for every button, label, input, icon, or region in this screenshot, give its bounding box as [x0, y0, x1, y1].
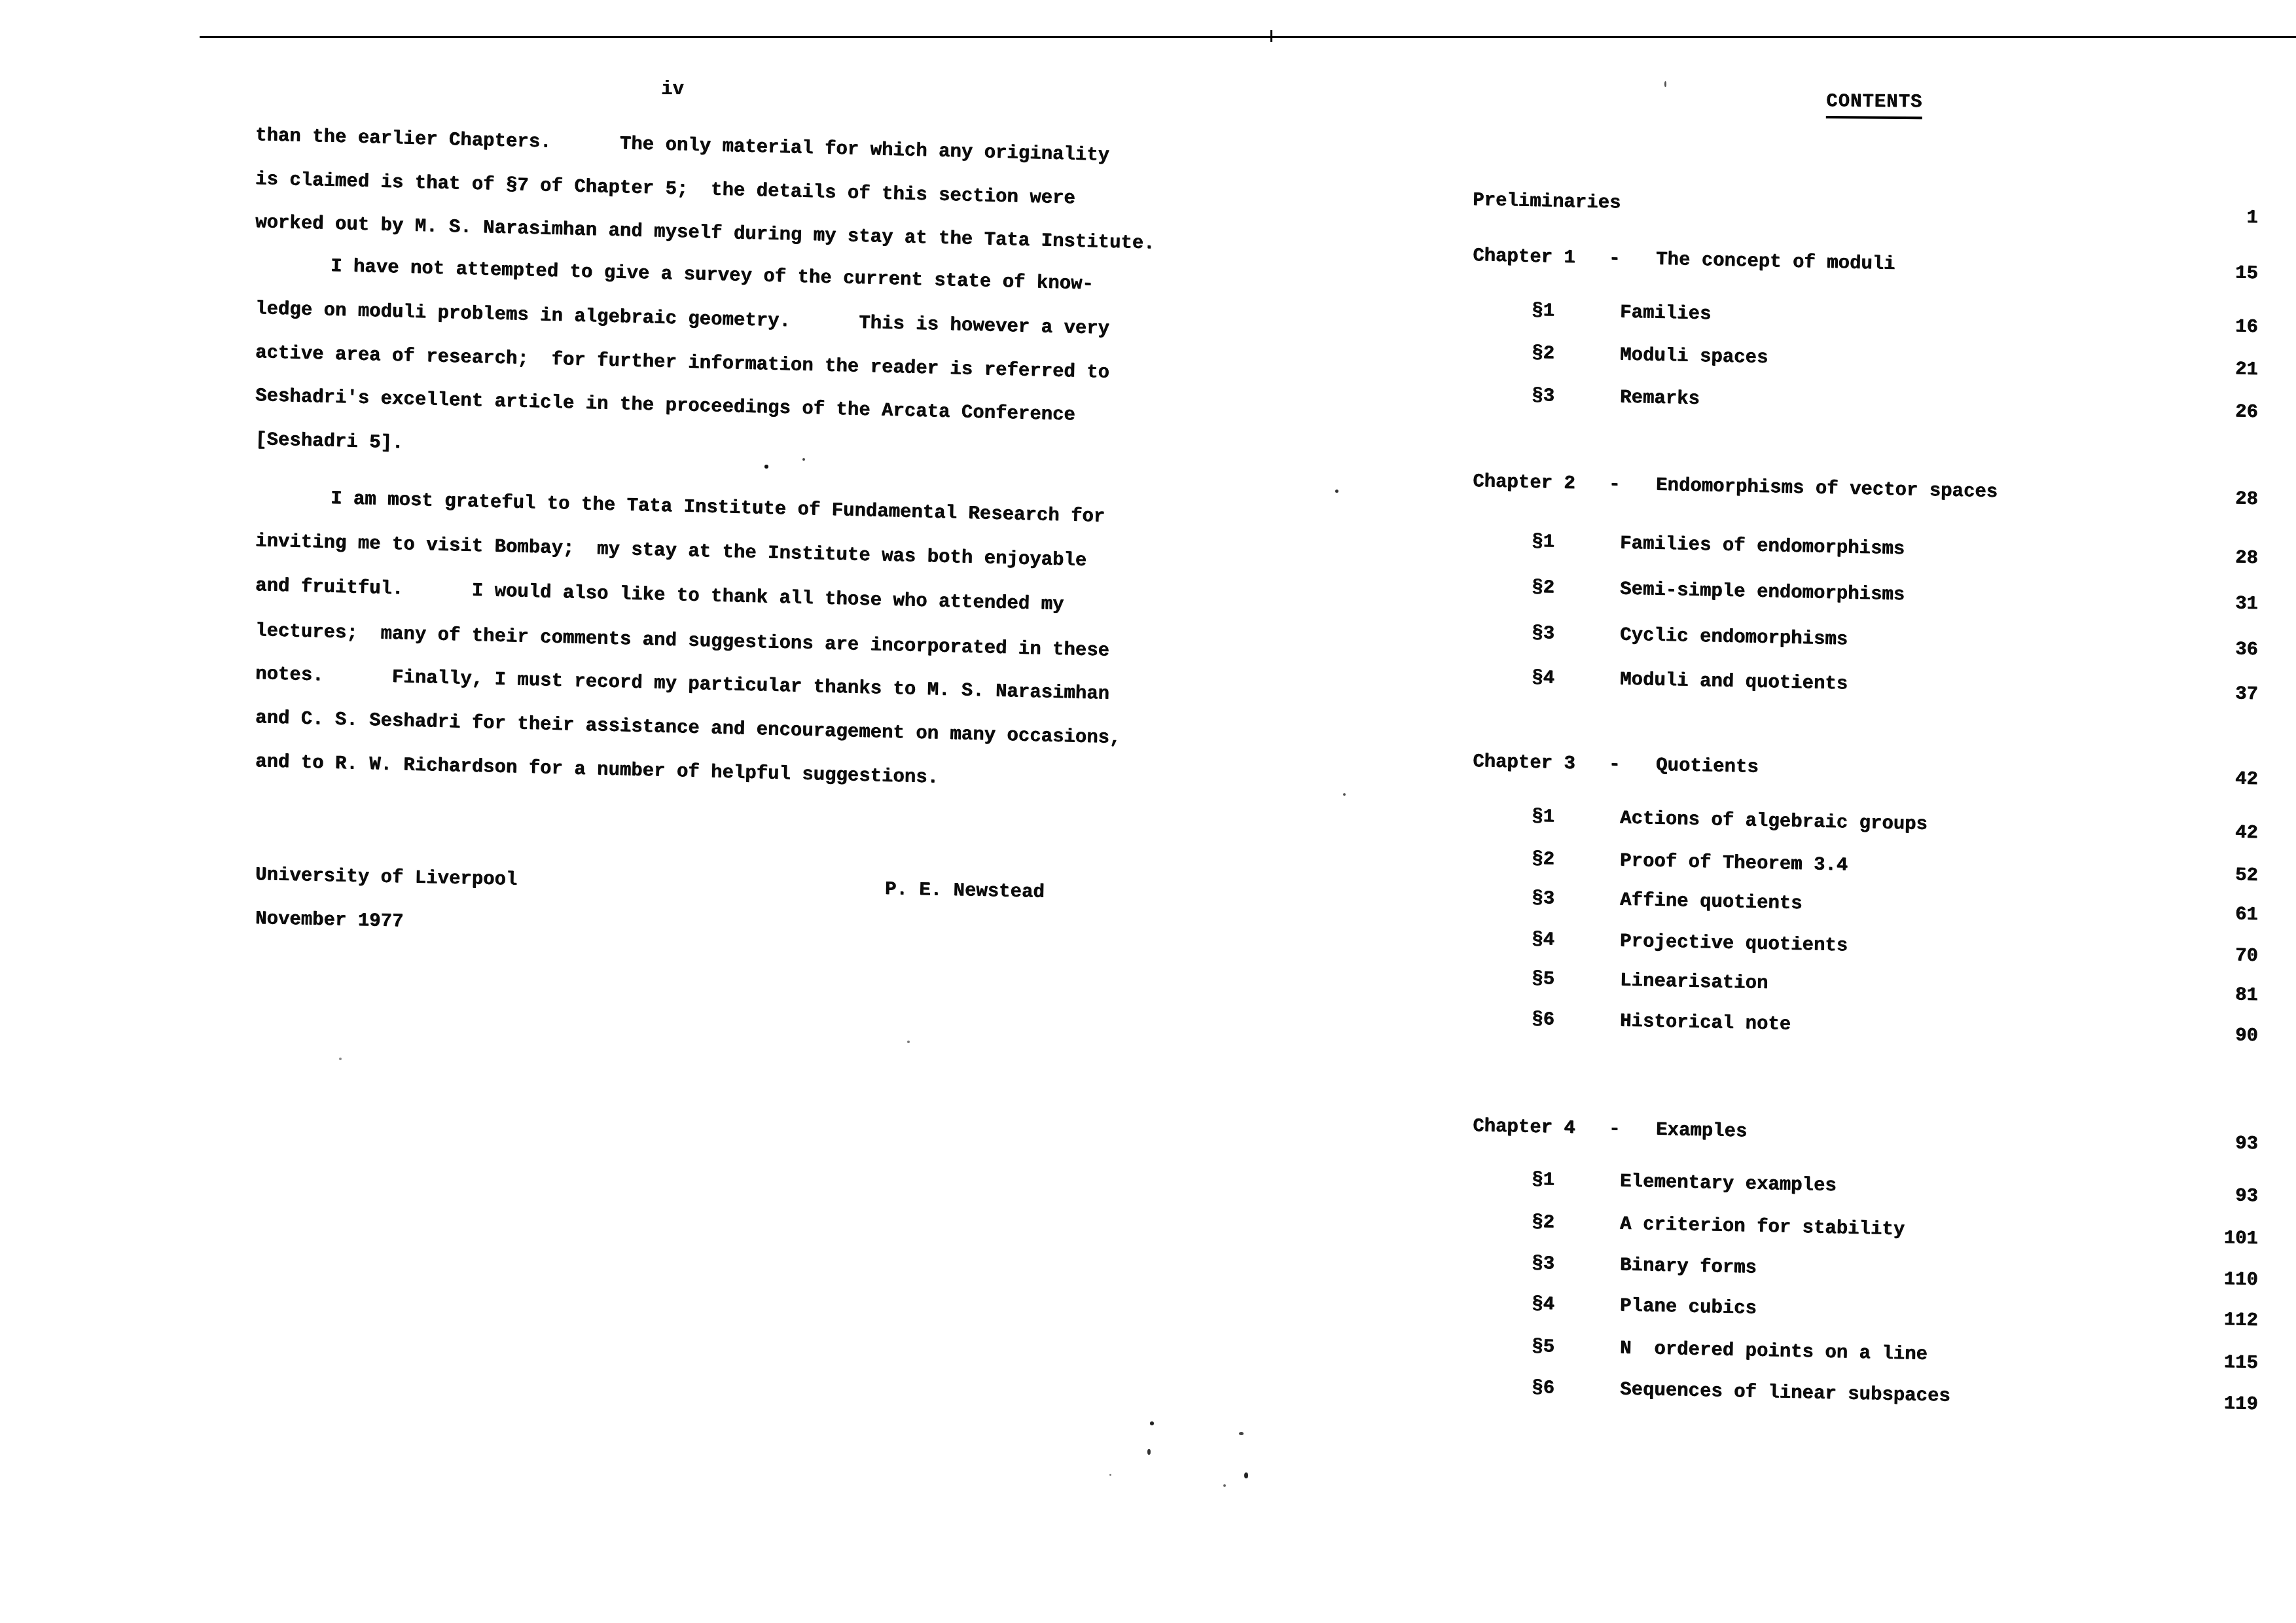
preface-line: active area of research; for further inf… [255, 342, 1110, 383]
toc-entry-label: §3 [1532, 887, 1554, 910]
ink-speck [907, 1041, 910, 1043]
toc-page-number: 52 [2179, 863, 2258, 886]
toc-row-section: §2 A criterion for stability 101 [1440, 1209, 2296, 1253]
toc-page-number: 1 [2179, 205, 2258, 228]
toc-row-section: §5 Linearisation 81 [1440, 966, 2296, 1009]
toc-entry-dash: - [1609, 247, 1621, 269]
toc-page-number: 21 [2179, 357, 2258, 380]
toc-row-chapter-2: Chapter 2 - Endomorphisms of vector spac… [1440, 470, 2296, 513]
toc-entry-title: Proof of Theorem 3.4 [1620, 850, 1848, 876]
toc-page-number: 101 [2179, 1226, 2258, 1249]
toc-row-section: §1 Families of endomorphisms 28 [1440, 529, 2296, 572]
ink-speck [1147, 1449, 1151, 1455]
toc-page-number: 28 [2179, 546, 2258, 569]
toc-page-number: 112 [2179, 1308, 2258, 1331]
toc-entry-label: Chapter 3 [1473, 751, 1575, 774]
preface-line: I have not attempted to give a survey of… [331, 255, 1094, 294]
toc-entry-title: Remarks [1620, 387, 1700, 410]
toc-row-section: §5 N ordered points on a line 115 [1440, 1334, 2296, 1377]
toc-page-number: 115 [2179, 1351, 2258, 1374]
toc-entry-label: §1 [1532, 300, 1554, 322]
ink-speck [802, 458, 805, 461]
toc-entry-label: §6 [1532, 1008, 1554, 1031]
toc-page-number: 81 [2179, 983, 2258, 1006]
toc-page-number: 36 [2179, 637, 2258, 660]
toc-page-number: 110 [2179, 1268, 2258, 1291]
toc-entry-dash: - [1609, 753, 1621, 775]
toc-entry-label: §1 [1532, 1169, 1554, 1191]
toc-entry-title: Elementary examples [1620, 1171, 1837, 1197]
toc-entry-label: §1 [1532, 531, 1554, 553]
contents-title: CONTENTS [1826, 90, 1923, 119]
toc-page-number: 42 [2179, 821, 2258, 844]
toc-entry-title: Sequences of linear subspaces [1620, 1379, 1950, 1407]
toc-entry-label: §4 [1532, 929, 1554, 951]
toc-page-number: 37 [2179, 682, 2258, 705]
toc-page-number: 15 [2179, 261, 2258, 284]
preface-line: inviting me to visit Bombay; my stay at … [255, 530, 1087, 571]
toc-entry-title: Examples [1656, 1119, 1748, 1143]
toc-entry-title: A criterion for stability [1620, 1213, 1905, 1241]
toc-page-number: 42 [2179, 767, 2258, 790]
toc-entry-title: Linearisation [1620, 970, 1768, 995]
toc-entry-title: Moduli and quotients [1620, 669, 1848, 695]
toc-entry-title: Families of endomorphisms [1620, 533, 1905, 560]
toc-row-section: §2 Moduli spaces 21 [1440, 340, 2296, 383]
toc-entry-label: §3 [1532, 622, 1554, 645]
toc-row-section: §1 Families 16 [1440, 298, 2296, 341]
preface-line: [Seshadri 5]. [255, 429, 404, 454]
preface-line: Seshadri's excellent article in the proc… [255, 385, 1075, 426]
preface-line: ledge on moduli problems in algebraic ge… [255, 298, 1110, 340]
toc-entry-dash: - [1609, 1118, 1621, 1139]
ink-speck [1244, 1472, 1248, 1478]
toc-entry-label: §1 [1532, 806, 1554, 828]
toc-entry-title: Historical note [1620, 1010, 1791, 1035]
preface-line: I am most grateful to the Tata Institute… [331, 488, 1105, 527]
toc-page-number: 31 [2179, 592, 2258, 615]
toc-page-number: 90 [2179, 1024, 2258, 1046]
toc-entry-title: Moduli spaces [1620, 344, 1768, 369]
toc-entry-label: §2 [1532, 1211, 1554, 1234]
ink-speck [1343, 793, 1346, 796]
toc-row-section: §1 Elementary examples 93 [1440, 1167, 2296, 1210]
toc-entry-title: Affine quotients [1620, 889, 1803, 915]
toc-entry-label: §3 [1532, 385, 1554, 407]
toc-page-number: 26 [2179, 400, 2258, 423]
toc-entry-label: Chapter 1 [1473, 245, 1575, 268]
toc-entry-title: N ordered points on a line [1620, 1338, 1928, 1365]
toc-entry-title: Projective quotients [1620, 931, 1848, 957]
toc-entry-title: Actions of algebraic groups [1620, 808, 1928, 835]
toc-entry-label: §3 [1532, 1253, 1554, 1275]
ink-speck [764, 465, 768, 469]
signature-author: P. E. Newstead [885, 878, 1045, 903]
signature-date: November 1977 [255, 908, 404, 932]
toc-row-section: §4 Projective quotients 70 [1440, 927, 2296, 970]
toc-page-number: 16 [2179, 315, 2258, 338]
toc-entry-title: Cyclic endomorphisms [1620, 624, 1848, 651]
toc-row-chapter-1: Chapter 1 - The concept of moduli 15 [1440, 244, 2296, 287]
toc-row-chapter-4: Chapter 4 - Examples 93 [1440, 1115, 2296, 1158]
toc-row-section: §6 Sequences of linear subspaces 119 [1440, 1375, 2296, 1418]
toc-page-number: 93 [2179, 1184, 2258, 1207]
toc-row-section: §2 Proof of Theorem 3.4 52 [1440, 846, 2296, 889]
ink-speck [1223, 1484, 1226, 1487]
toc-entry-label: Chapter 2 [1473, 471, 1575, 494]
left-page-number: iv [661, 79, 684, 100]
toc-entry-title: Binary forms [1620, 1255, 1757, 1279]
toc-entry-label: §6 [1532, 1377, 1554, 1399]
scanned-book-spread: iv than the earlier Chapters. The only m… [0, 0, 2296, 1623]
toc-entry-label: §2 [1532, 342, 1554, 365]
toc-page-number: 61 [2179, 902, 2258, 925]
toc-entry-label: Chapter 4 [1473, 1115, 1575, 1139]
ink-speck [339, 1058, 342, 1060]
toc-entry-label: Preliminaries [1473, 189, 1621, 214]
toc-entry-title: Families [1620, 302, 1712, 325]
toc-row-chapter-3: Chapter 3 - Quotients 42 [1440, 750, 2296, 793]
toc-row-section: §2 Semi-simple endomorphisms 31 [1440, 575, 2296, 618]
ink-speck [1335, 490, 1338, 493]
toc-row-section: §3 Remarks 26 [1440, 383, 2296, 426]
ink-speck [1150, 1421, 1154, 1425]
preface-line: worked out by M. S. Narasimhan and mysel… [255, 211, 1155, 254]
toc-entry-title: Plane cubics [1620, 1295, 1757, 1319]
toc-entry-title: The concept of moduli [1656, 249, 1895, 275]
toc-entry-label: §4 [1532, 1293, 1554, 1315]
toc-entry-title: Quotients [1656, 755, 1759, 778]
preface-line: than the earlier Chapters. The only mate… [255, 124, 1110, 166]
toc-row-section: §3 Binary forms 110 [1440, 1251, 2296, 1294]
preface-line: lectures; many of their comments and sug… [255, 620, 1110, 662]
toc-entry-label: §2 [1532, 848, 1554, 870]
signature-institution: University of Liverpool [255, 864, 518, 891]
toc-page-number: 119 [2179, 1392, 2258, 1415]
toc-page-number: 93 [2179, 1132, 2258, 1154]
preface-line: and C. S. Seshadri for their assistance … [255, 707, 1121, 749]
ink-speck [1239, 1432, 1244, 1435]
toc-page-number: 70 [2179, 944, 2258, 967]
toc-entry-label: §5 [1532, 968, 1554, 990]
preface-line: is claimed is that of §7 of Chapter 5; t… [255, 168, 1075, 209]
toc-page-number: 28 [2179, 487, 2258, 510]
toc-row-preliminaries: Preliminaries 1 [1440, 188, 2296, 232]
preface-line: and fruitful. I would also like to thank… [255, 575, 1064, 615]
toc-entry-dash: - [1609, 473, 1621, 495]
toc-row-section: §4 Plane cubics 112 [1440, 1291, 2296, 1334]
preface-line: and to R. W. Richardson for a number of … [255, 751, 939, 789]
toc-row-section: §1 Actions of algebraic groups 42 [1440, 804, 2296, 847]
preface-line: notes. Finally, I must record my particu… [255, 663, 1110, 705]
toc-row-section: §3 Cyclic endomorphisms 36 [1440, 620, 2296, 664]
toc-entry-title: Endomorphisms of vector spaces [1656, 474, 1998, 503]
top-scan-tick [1270, 30, 1272, 42]
toc-row-section: §6 Historical note 90 [1440, 1007, 2296, 1050]
top-scan-rule [200, 36, 2296, 38]
toc-row-section: §3 Affine quotients 61 [1440, 885, 2296, 929]
toc-entry-label: §5 [1532, 1336, 1554, 1358]
toc-entry-title: Semi-simple endomorphisms [1620, 579, 1905, 606]
ink-speck [1109, 1474, 1111, 1476]
toc-row-section: §4 Moduli and quotients 37 [1440, 665, 2296, 708]
toc-entry-label: §2 [1532, 577, 1554, 599]
toc-entry-label: §4 [1532, 667, 1554, 689]
ink-speck [1664, 81, 1666, 87]
